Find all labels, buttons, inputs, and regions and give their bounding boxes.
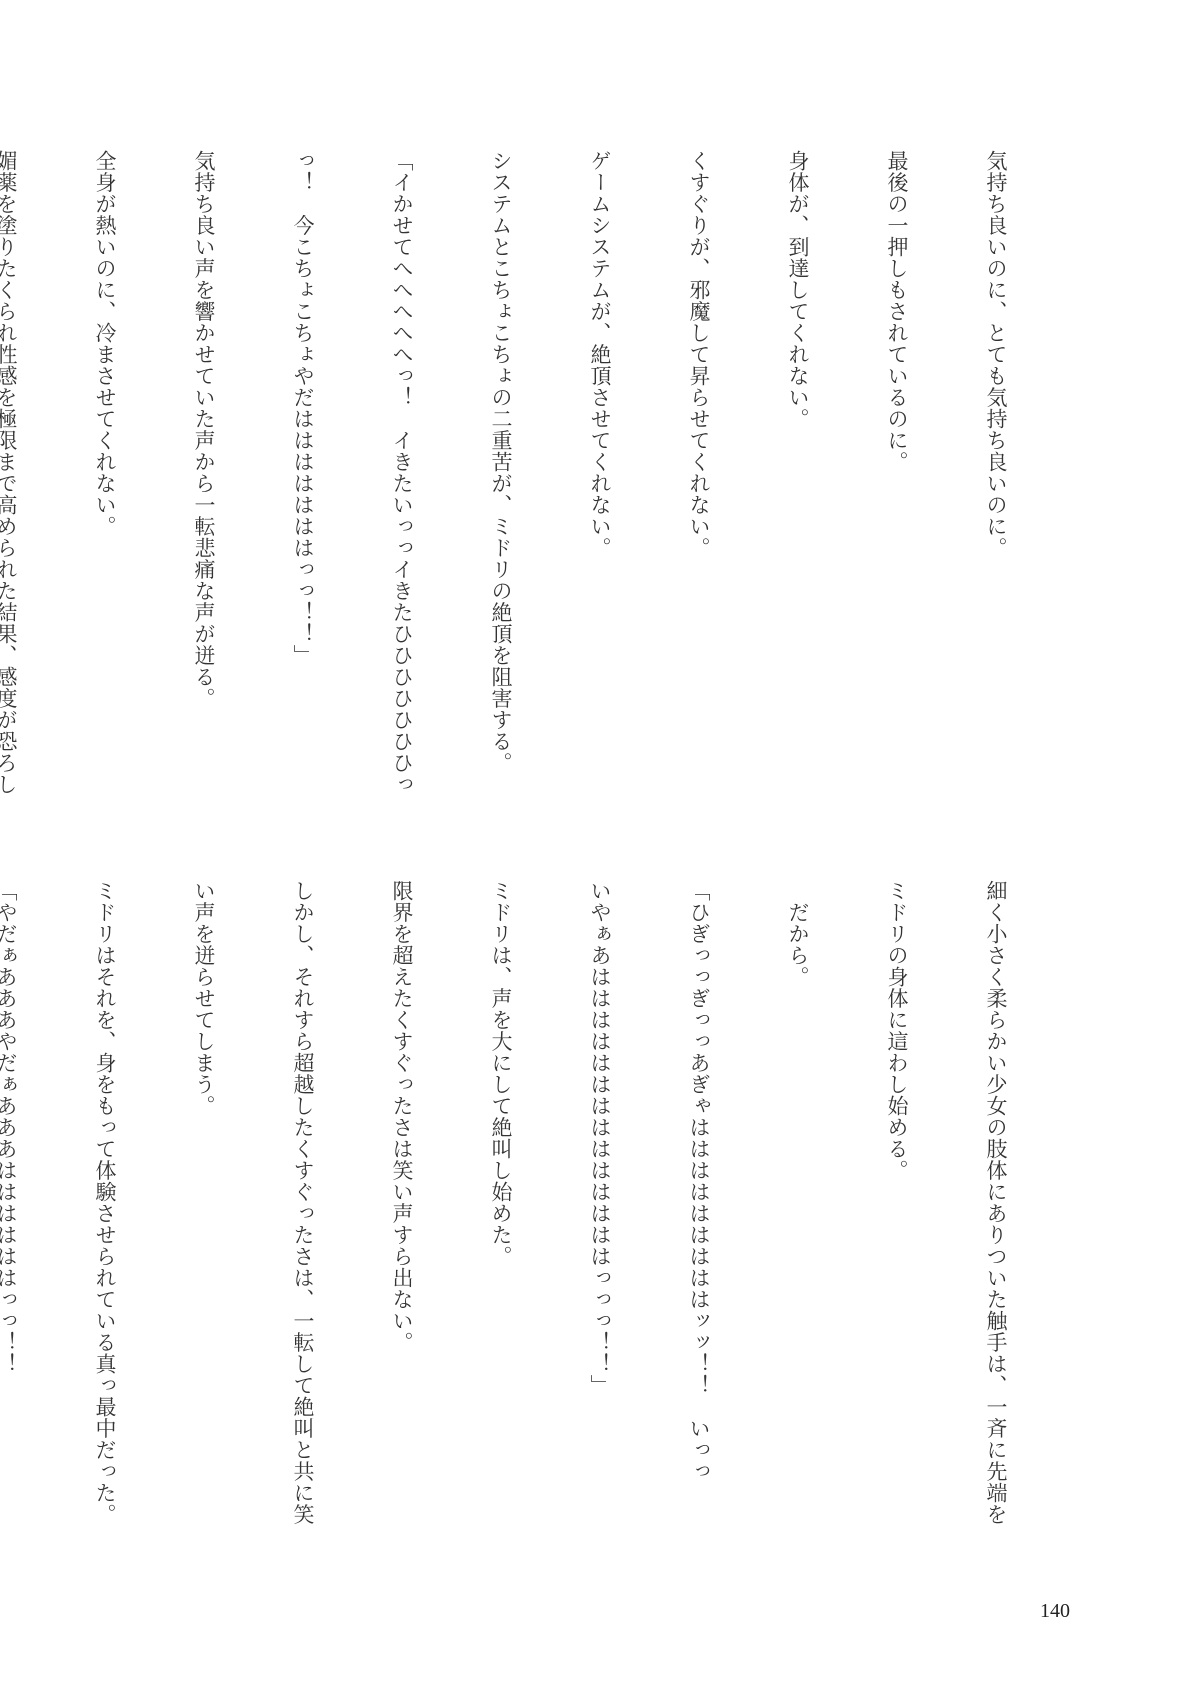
page-number: 140 <box>1040 1600 1070 1623</box>
text-line: 「やだぁあああやだぁあああははははははっっ！！ <box>0 880 22 1580</box>
text-line: 全身が熱いのに、冷まさせてくれない。 <box>88 150 121 800</box>
text-line: 「ひぎっっぎっっあぎゃはははははははははッッ！！ いっっ <box>682 880 715 1580</box>
text-line: 身体が、到達してくれない。 <box>781 150 814 800</box>
text-line: 媚薬を塗りたくられ性感を極限まで高められた結果、感度が恐ろし <box>0 150 22 800</box>
text-line: 「イかせてへへへへへっ！ イきたいっっイきたひひひひひひひっ <box>385 150 418 800</box>
text-line: いやぁあははははははははははははははっっっ！！」 <box>583 880 616 1580</box>
text-line: ミドリは、声を大にして絶叫し始めた。 <box>484 880 517 1580</box>
text-line: 細く小さく柔らかい少女の肢体にありついた触手は、一斉に先端を <box>979 880 1012 1580</box>
document-page: 気持ち良いのに、とても気持ち良いのに。 最後の一押しもされているのに。 身体が、… <box>0 0 1200 1695</box>
text-line: い声を迸らせてしまう。 <box>187 880 220 1580</box>
text-line: 限界を超えたくすぐったさは笑い声すら出ない。 <box>385 880 418 1580</box>
text-line: しかし、それすら超越したくすぐったさは、一転して絶叫と共に笑 <box>286 880 319 1580</box>
text-line: 気持ち良いのに、とても気持ち良いのに。 <box>979 150 1012 800</box>
text-block-bottom: 細く小さく柔らかい少女の肢体にありついた触手は、一斉に先端を ミドリの身体に這わ… <box>0 880 1078 1580</box>
text-line: 気持ち良い声を響かせていた声から一転悲痛な声が迸る。 <box>187 150 220 800</box>
text-line: だから。 <box>781 880 814 1580</box>
text-line: くすぐりが、邪魔して昇らせてくれない。 <box>682 150 715 800</box>
text-line: システムとこちょこちょの二重苦が、ミドリの絶頂を阻害する。 <box>484 150 517 800</box>
text-line: ミドリはそれを、身をもって体験させられている真っ最中だった。 <box>88 880 121 1580</box>
text-line: 最後の一押しもされているのに。 <box>880 150 913 800</box>
text-line: ミドリの身体に這わし始める。 <box>880 880 913 1580</box>
text-line: ゲームシステムが、絶頂させてくれない。 <box>583 150 616 800</box>
text-line: っ！ 今こちょこちょやだはははははははっっ！！」 <box>286 150 319 800</box>
text-block-top: 気持ち良いのに、とても気持ち良いのに。 最後の一押しもされているのに。 身体が、… <box>0 150 1078 800</box>
